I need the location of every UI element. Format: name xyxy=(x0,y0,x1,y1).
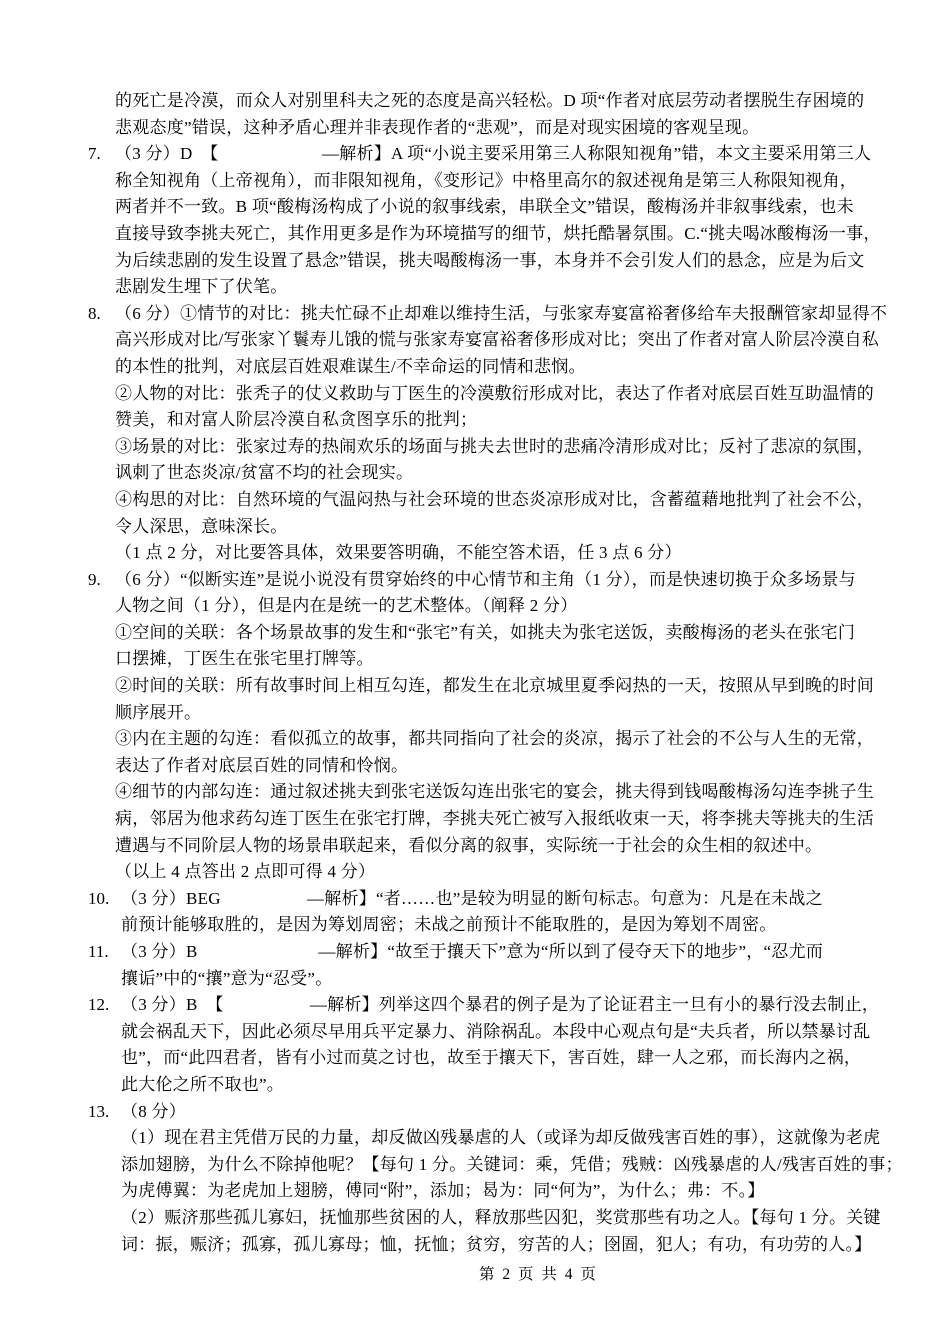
item-number: 8. xyxy=(88,301,115,328)
line-text: 就会祸乱天下，因此必须尽早用兵平定暴力、消除祸乱。本段中心观点句是“夫兵者，所以… xyxy=(121,1022,871,1041)
line-text: 高兴形成对比/写张家丫鬟寿儿饿的慌与张家寿宴富裕奢侈形成对比；突出了作者对富人阶… xyxy=(115,330,879,349)
text-line: 赞美，和对富人阶层冷漠自私贪图享乐的批判； xyxy=(88,407,898,434)
line-text: 直接导致李挑夫死亡，其作用更多是作为环境描写的细节，烘托酷暑氛围。C.“挑夫喝冰… xyxy=(115,224,881,243)
item-number: 9. xyxy=(88,567,115,594)
text-line: 也”，而“此四君者，皆有小过而莫之讨也，故至于攘天下，害百姓，肆一人之邪，而长海… xyxy=(88,1045,898,1072)
line-text: 两者并不一致。B 项“酸梅汤构成了小说的叙事线索，串联全文”错误，酸梅汤并非叙事… xyxy=(115,197,854,216)
line-text: ②时间的关联：所有故事时间上相互勾连，都发生在北京城里夏季闷热的一天，按照从早到… xyxy=(115,676,874,695)
text-line: 就会祸乱天下，因此必须尽早用兵平定暴力、消除祸乱。本段中心观点句是“夫兵者，所以… xyxy=(88,1019,898,1046)
text-line: 9.（6 分）“似断实连”是说小说没有贯穿始终的中心情节和主角（1 分），而是快… xyxy=(88,567,898,594)
text-line: 为后续悲剧的发生设置了悬念”错误，挑夫喝酸梅汤一事，本身并不会引发人们的悬念，应… xyxy=(88,248,898,275)
item-number: 13. xyxy=(88,1099,121,1126)
line-text: 顺序展开。 xyxy=(115,703,201,722)
line-text: ③内在主题的勾连：看似孤立的故事，都共同指向了社会的炎凉，揭示了社会的不公与人生… xyxy=(115,729,874,748)
text-line: 前预计能够取胜的，是因为筹划周密；未战之前预计不能取胜的，是因为筹划不周密。 xyxy=(88,912,898,939)
line-text: 令人深思，意味深长。 xyxy=(115,517,288,536)
line-text: 的死亡是冷漠，而众人对别里科夫之死的态度是高兴轻松。D 项“作者对底层劳动者摆脱… xyxy=(115,91,864,110)
line-text: 人物之间（1 分），但是内在是统一的艺术整体。（阐释 2 分） xyxy=(115,596,578,615)
text-line: ③场景的对比：张家过寿的热闹欢乐的场面与挑夫去世时的悲痛冷清形成对比；反衬了悲凉… xyxy=(88,434,898,461)
line-text: 讽刺了世态炎凉/贫富不均的社会现实。 xyxy=(115,463,413,482)
line-text: 前预计能够取胜的，是因为筹划周密；未战之前预计不能取胜的，是因为筹划不周密。 xyxy=(121,915,777,934)
line-text: 的本性的批判，对底层百姓艰难谋生/不幸命运的同情和悲悯。 xyxy=(115,357,586,376)
page-footer: 第 2 页 共 4 页 xyxy=(479,1262,598,1284)
text-line: 令人深思，意味深长。 xyxy=(88,514,898,541)
text-line: 7.（3 分）D 【 —解析】A 项“小说主要采用第三人称限知视角”错，本文主要… xyxy=(88,141,898,168)
text-line: 12.（3 分）B 【 —解析】列举这四个暴君的例子是为了论证君主一旦有小的暴行… xyxy=(88,992,898,1019)
text-line: 10.（3 分）BEG —解析】“者……也”是较为明显的断句标志。句意为：凡是在… xyxy=(88,886,898,913)
line-text: 称全知视角（上帝视角），而非限知视角，《变形记》中格里高尔的叙述视角是第三人称限… xyxy=(115,171,857,190)
text-line: 两者并不一致。B 项“酸梅汤构成了小说的叙事线索，串联全文”错误，酸梅汤并非叙事… xyxy=(88,194,898,221)
line-text: 口摆摊，丁医生在张宅里打牌等。 xyxy=(115,649,374,668)
text-line: 为虎傅翼：为老虎加上翅膀，傅同“附”，添加；曷为：同“何为”，为什么；弗：不。】 xyxy=(88,1178,898,1205)
text-line: 此大伦之所不取也”。 xyxy=(88,1072,898,1099)
line-text: （3 分）BEG —解析】“者……也”是较为明显的断句标志。句意为：凡是在未战之 xyxy=(121,889,823,908)
line-text: ④细节的内部勾连：通过叙述挑夫到张宅送饭勾连出张宅的宴会，挑夫得到钱喝酸梅汤勾连… xyxy=(115,782,874,801)
text-line: 人物之间（1 分），但是内在是统一的艺术整体。（阐释 2 分） xyxy=(88,593,898,620)
page: { "page": { "footer": "第 2 页 共 4 页" }, "… xyxy=(0,0,950,1343)
text-line: ④细节的内部勾连：通过叙述挑夫到张宅送饭勾连出张宅的宴会，挑夫得到钱喝酸梅汤勾连… xyxy=(88,779,898,806)
line-text: 词：振，赈济；孤寡，孤儿寡母；恤，抚恤；贫穷，穷苦的人；囹圄，犯人；有功，有功劳… xyxy=(121,1235,872,1254)
text-line: 8.（6 分）①情节的对比：挑夫忙碌不止却难以维持生活，与张家寿宴富裕奢侈给车夫… xyxy=(88,301,898,328)
text-line: （2）赈济那些孤儿寡妇，抚恤那些贫困的人，释放那些囚犯，奖赏那些有功之人。【每句… xyxy=(88,1205,898,1232)
line-text: 添加翅膀，为什么不除掉他呢？【每句 1 分。关键词：乘，凭借；残贼：凶残暴虐的人… xyxy=(121,1155,903,1174)
text-line: （1）现在君主凭借万民的力量，却反做凶残暴虐的人（或译为却反做残害百姓的事），这… xyxy=(88,1125,898,1152)
line-text: （2）赈济那些孤儿寡妇，抚恤那些贫困的人，释放那些囚犯，奖赏那些有功之人。【每句… xyxy=(121,1208,881,1227)
line-text: ④构思的对比：自然环境的气温闷热与社会环境的世态炎凉形成对比，含蓄蕴藉地批判了社… xyxy=(115,490,874,509)
line-text: （3 分）B 【 —解析】列举这四个暴君的例子是为了论证君主一旦有小的暴行没去制… xyxy=(121,995,879,1014)
line-text: （1 点 2 分，对比要答具体，效果要答明确，不能空答术语，任 3 点 6 分） xyxy=(115,543,682,562)
text-line: 表达了作者对底层百姓的同情和怜悯。 xyxy=(88,753,898,780)
line-text: 为虎傅翼：为老虎加上翅膀，傅同“附”，添加；曷为：同“何为”，为什么；弗：不。】 xyxy=(121,1181,765,1200)
text-line: ③内在主题的勾连：看似孤立的故事，都共同指向了社会的炎凉，揭示了社会的不公与人生… xyxy=(88,726,898,753)
text-line: 11.（3 分）B —解析】“故至于攘天下”意为“所以到了侵夺天下的地步”，“忍… xyxy=(88,939,898,966)
line-text: 遭遇与不同阶层人物的场景串联起来，看似分离的叙事，实际统一于社会的众生相的叙述中… xyxy=(115,836,822,855)
line-text: （6 分）①情节的对比：挑夫忙碌不止却难以维持生活，与张家寿宴富裕奢侈给车夫报酬… xyxy=(115,304,887,323)
text-line: 讽刺了世态炎凉/贫富不均的社会现实。 xyxy=(88,460,898,487)
item-number: 10. xyxy=(88,886,121,913)
line-text: （以上 4 点答出 2 点即可得 4 分） xyxy=(115,862,375,881)
text-line: 直接导致李挑夫死亡，其作用更多是作为环境描写的细节，烘托酷暑氛围。C.“挑夫喝冰… xyxy=(88,221,898,248)
text-line: 攘诟”中的“攘”意为“忍受”。 xyxy=(88,966,898,993)
text-line: 悲剧发生埋下了伏笔。 xyxy=(88,274,898,301)
item-number: 11. xyxy=(88,939,121,966)
text-line: 称全知视角（上帝视角），而非限知视角，《变形记》中格里高尔的叙述视角是第三人称限… xyxy=(88,168,898,195)
text-line: 口摆摊，丁医生在张宅里打牌等。 xyxy=(88,646,898,673)
line-text: 也”，而“此四君者，皆有小过而莫之讨也，故至于攘天下，害百姓，肆一人之邪，而长海… xyxy=(121,1048,861,1067)
line-text: 此大伦之所不取也”。 xyxy=(121,1075,284,1094)
line-text: （8 分） xyxy=(121,1102,186,1121)
text-line: ①空间的关联：各个场景故事的发生和“张宅”有关，如挑夫为张宅送饭，卖酸梅汤的老头… xyxy=(88,620,898,647)
text-line: 的本性的批判，对底层百姓艰难谋生/不幸命运的同情和悲悯。 xyxy=(88,354,898,381)
line-text: 赞美，和对富人阶层冷漠自私贪图享乐的批判； xyxy=(115,410,477,429)
line-text: （3 分）D 【 —解析】A 项“小说主要采用第三人称限知视角”错，本文主要采用… xyxy=(115,144,871,163)
text-line: 的死亡是冷漠，而众人对别里科夫之死的态度是高兴轻松。D 项“作者对底层劳动者摆脱… xyxy=(88,88,898,115)
line-text: 攘诟”中的“攘”意为“忍受”。 xyxy=(121,969,332,988)
line-text: 病，邻居为他求药勾连丁医生在张宅打牌，李挑夫死亡被写入报纸收束一天，将李挑夫等挑… xyxy=(115,809,874,828)
line-text: （3 分）B —解析】“故至于攘天下”意为“所以到了侵夺天下的地步”，“忍尤而 xyxy=(121,942,823,961)
text-line: ②人物的对比：张秃子的仗义救助与丁医生的冷漠敷衍形成对比，表达了作者对底层百姓互… xyxy=(88,381,898,408)
text-line: 高兴形成对比/写张家丫鬟寿儿饿的慌与张家寿宴富裕奢侈形成对比；突出了作者对富人阶… xyxy=(88,327,898,354)
text-line: 顺序展开。 xyxy=(88,700,898,727)
text-line: （以上 4 点答出 2 点即可得 4 分） xyxy=(88,859,898,886)
item-number: 12. xyxy=(88,992,121,1019)
text-line: 悲观态度”错误，这种矛盾心理并非表现作者的“悲观”，而是对现实困境的客观呈现。 xyxy=(88,115,898,142)
line-text: ③场景的对比：张家过寿的热闹欢乐的场面与挑夫去世时的悲痛冷清形成对比；反衬了悲凉… xyxy=(115,437,874,456)
line-text: （6 分）“似断实连”是说小说没有贯穿始终的中心情节和主角（1 分），而是快速切… xyxy=(115,570,856,589)
text-line: （1 点 2 分，对比要答具体，效果要答明确，不能空答术语，任 3 点 6 分） xyxy=(88,540,898,567)
line-text: 表达了作者对底层百姓的同情和怜悯。 xyxy=(115,756,408,775)
item-number: 7. xyxy=(88,141,115,168)
text-line: ②时间的关联：所有故事时间上相互勾连，都发生在北京城里夏季闷热的一天，按照从早到… xyxy=(88,673,898,700)
text-line: ④构思的对比：自然环境的气温闷热与社会环境的世态炎凉形成对比，含蓄蕴藉地批判了社… xyxy=(88,487,898,514)
text-line: 词：振，赈济；孤寡，孤儿寡母；恤，抚恤；贫穷，穷苦的人；囹圄，犯人；有功，有功劳… xyxy=(88,1232,898,1259)
line-text: 悲观态度”错误，这种矛盾心理并非表现作者的“悲观”，而是对现实困境的客观呈现。 xyxy=(115,118,759,137)
text-line: 添加翅膀，为什么不除掉他呢？【每句 1 分。关键词：乘，凭借；残贼：凶残暴虐的人… xyxy=(88,1152,898,1179)
text-line: 遭遇与不同阶层人物的场景串联起来，看似分离的叙事，实际统一于社会的众生相的叙述中… xyxy=(88,833,898,860)
text-line: 13.（8 分） xyxy=(88,1099,898,1126)
document-body: 的死亡是冷漠，而众人对别里科夫之死的态度是高兴轻松。D 项“作者对底层劳动者摆脱… xyxy=(88,88,898,1258)
line-text: 悲剧发生埋下了伏笔。 xyxy=(115,277,288,296)
line-text: 为后续悲剧的发生设置了悬念”错误，挑夫喝酸梅汤一事，本身并不会引发人们的悬念，应… xyxy=(115,251,865,270)
line-text: ①空间的关联：各个场景故事的发生和“张宅”有关，如挑夫为张宅送饭，卖酸梅汤的老头… xyxy=(115,623,855,642)
line-text: ②人物的对比：张秃子的仗义救助与丁医生的冷漠敷衍形成对比，表达了作者对底层百姓互… xyxy=(115,384,874,403)
line-text: （1）现在君主凭借万民的力量，却反做凶残暴虐的人（或译为却反做残害百姓的事），这… xyxy=(121,1128,880,1147)
text-line: 病，邻居为他求药勾连丁医生在张宅打牌，李挑夫死亡被写入报纸收束一天，将李挑夫等挑… xyxy=(88,806,898,833)
